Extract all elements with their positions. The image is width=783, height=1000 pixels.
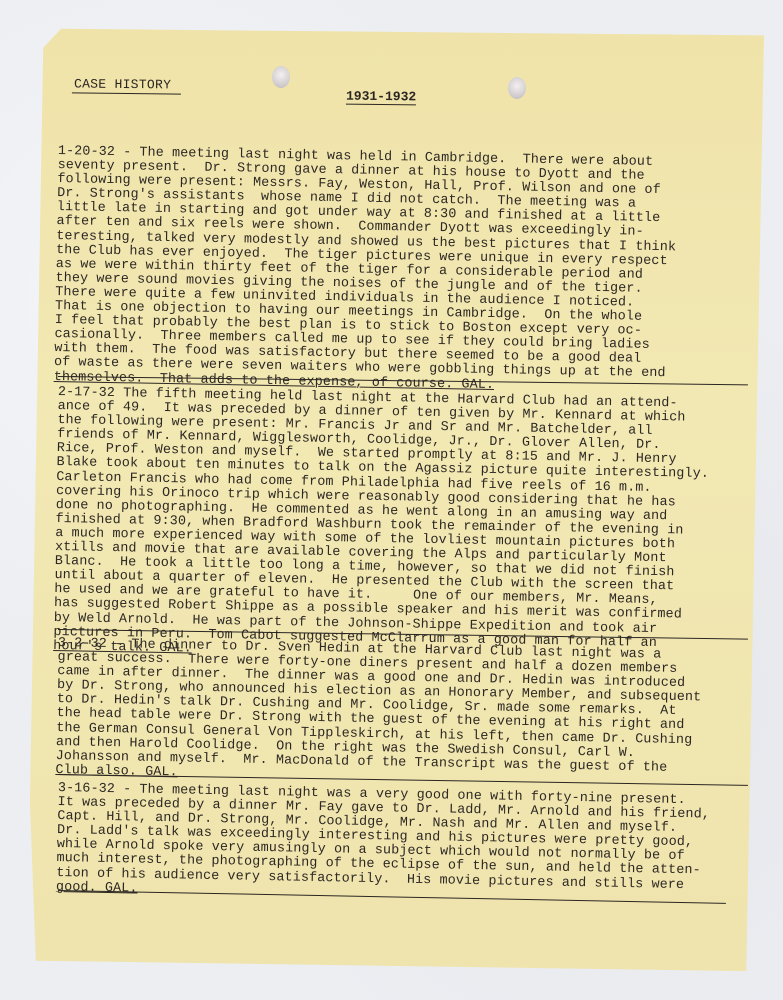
case-history-heading: CASE HISTORY bbox=[72, 76, 181, 94]
year-range-heading: 1931-1932 bbox=[346, 89, 416, 106]
entry-2-17-32: 2-17-32 The fifth meeting held last nigh… bbox=[53, 386, 748, 666]
entry-3-16-32: 3-16-32 - The meeting last night was a v… bbox=[56, 782, 748, 908]
punch-hole-icon bbox=[272, 66, 290, 88]
entry-1-20-32: 1-20-32 - The meeting last night was hel… bbox=[54, 145, 748, 397]
entry-3-2-32: 3-2-32 - The dinner to Dr. Sven Hedin at… bbox=[55, 637, 748, 791]
punch-hole-icon bbox=[508, 77, 526, 99]
